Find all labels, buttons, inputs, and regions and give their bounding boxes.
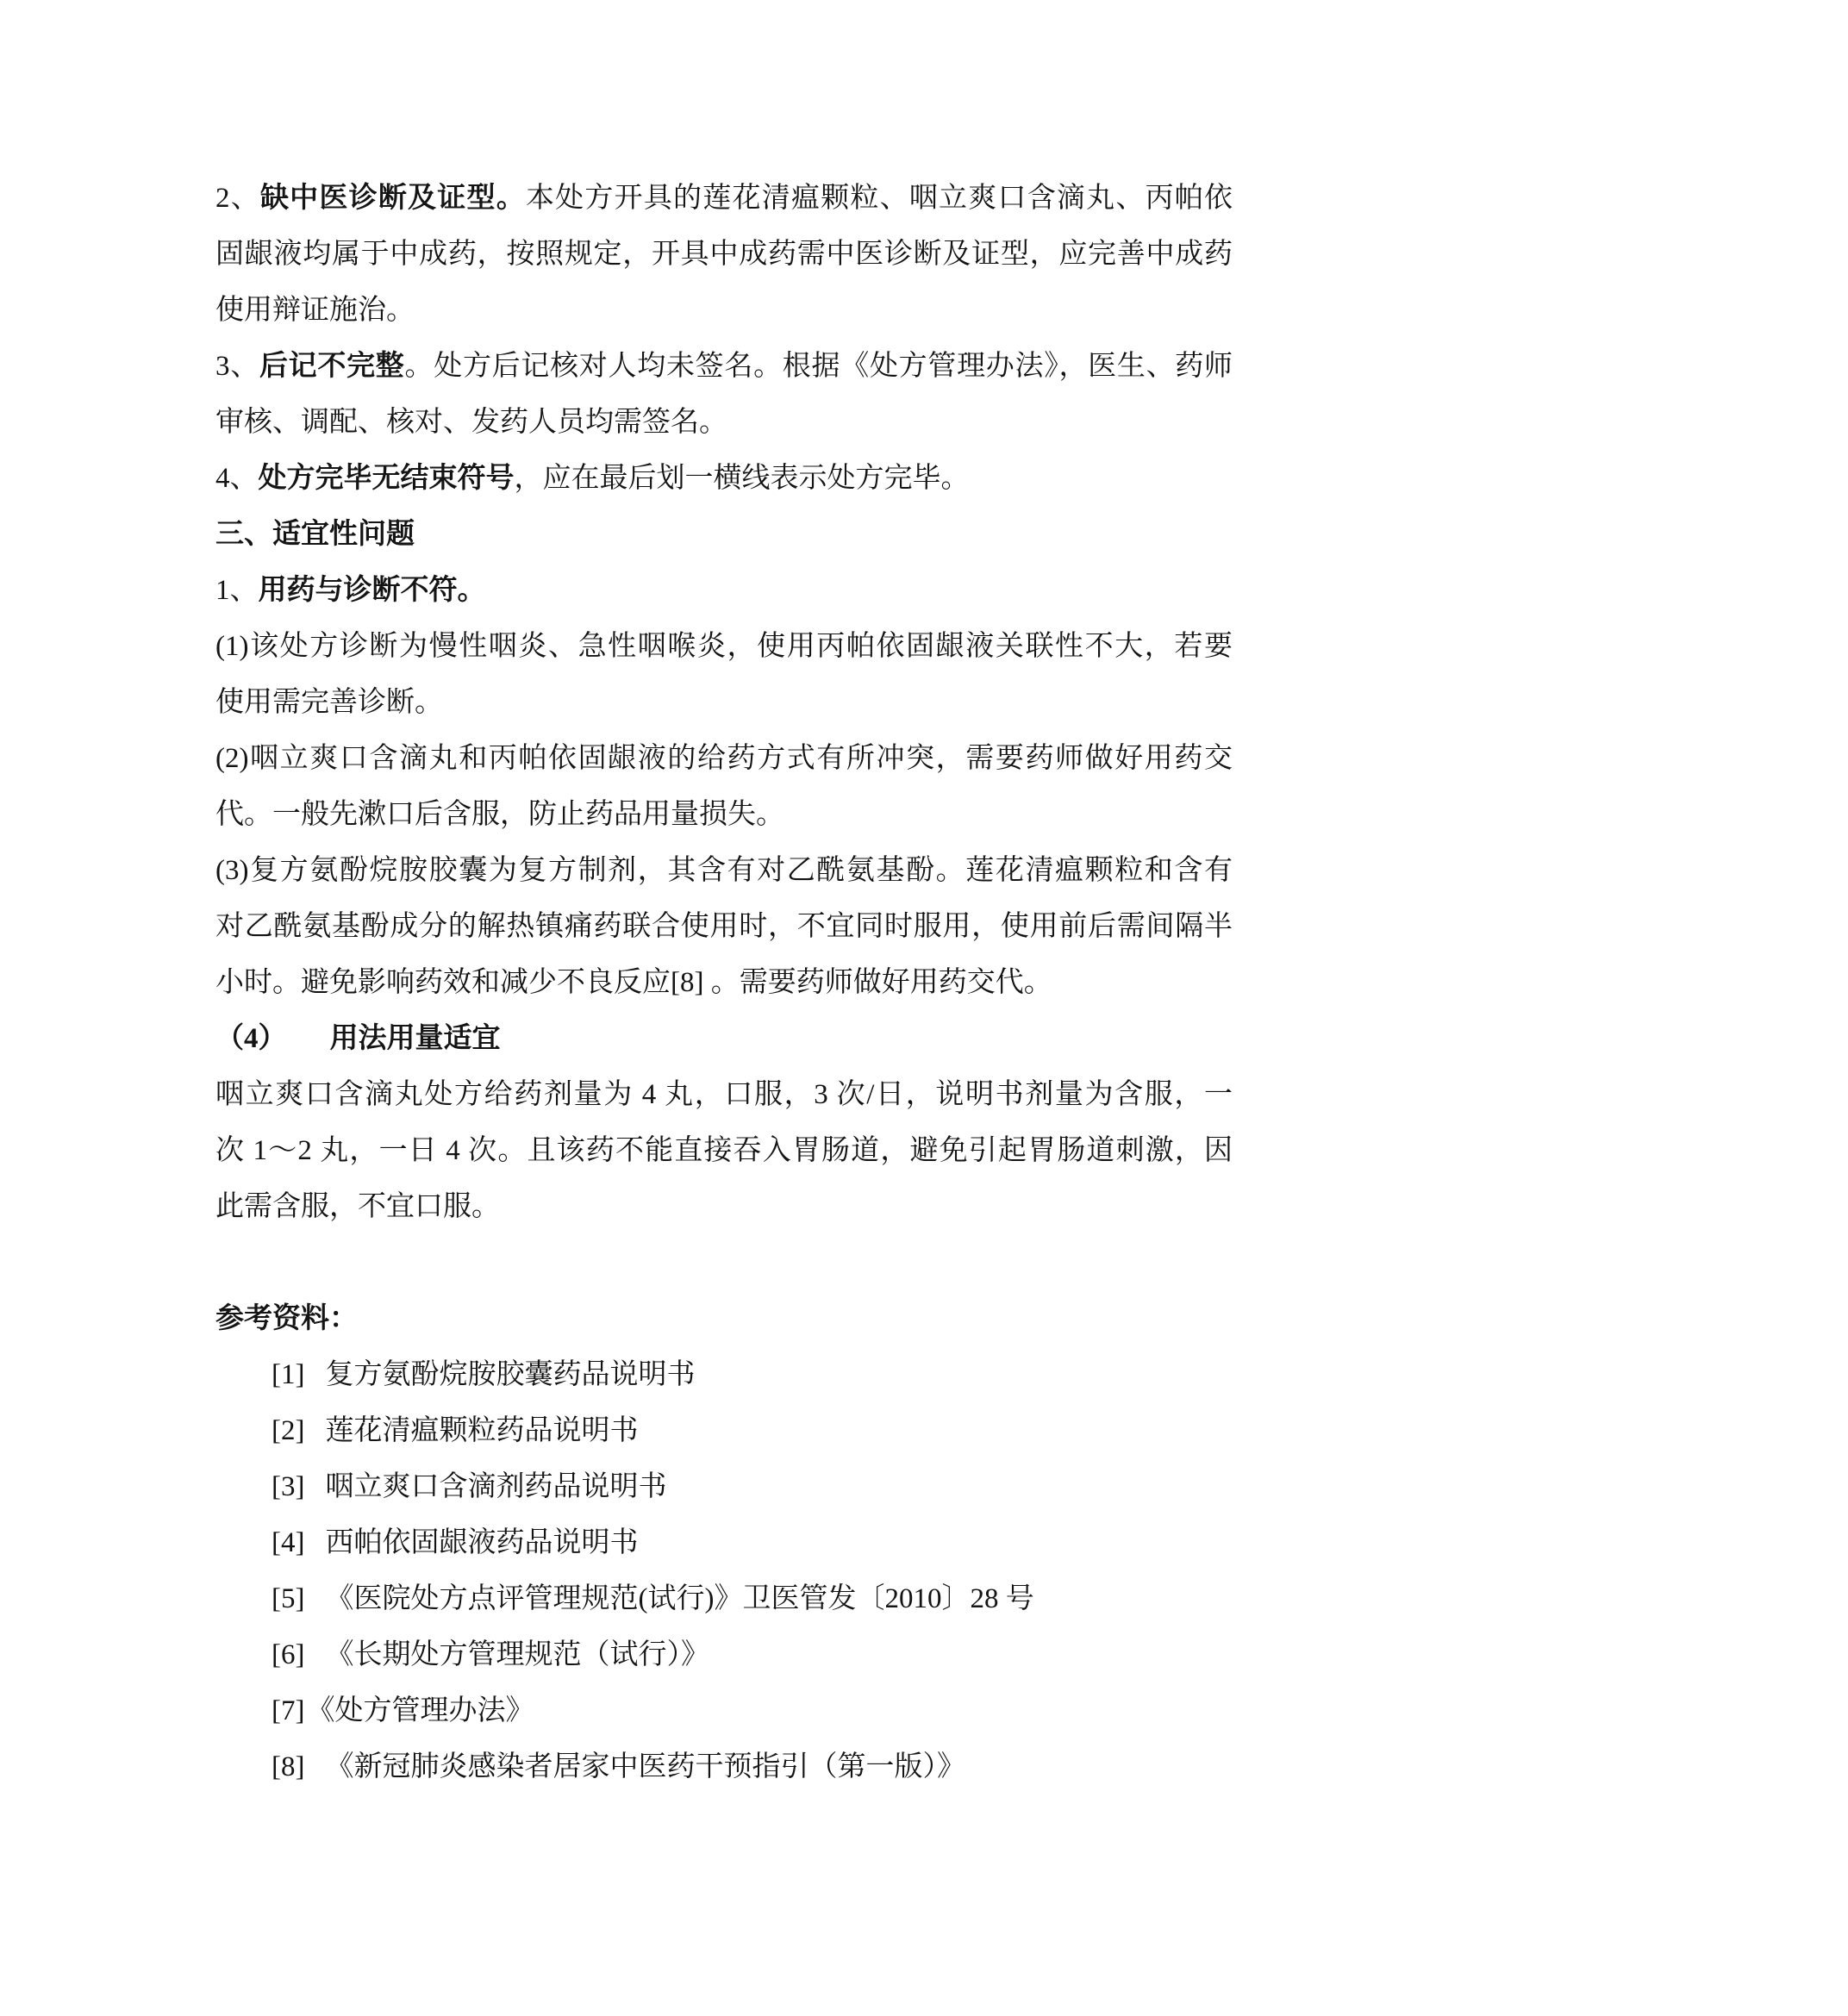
item3-title-bold: 后记不完整 [259, 351, 405, 382]
text-segment: (1)该处方诊断为慢性咽炎、急性咽喉炎，使用丙帕依固龈液关联性不大，若要 [215, 631, 1233, 662]
point1-line2: 使用需完善诊断。 [215, 675, 1233, 731]
reference-item-4: [4]西帕依固龈液药品说明书 [215, 1515, 1233, 1571]
reference-item-6: [6]《长期处方管理规范（试行）》 [215, 1627, 1233, 1683]
list-number: 3、 [215, 351, 259, 382]
subheading-drug-diagnosis-mismatch: 1、用药与诊断不符。 [215, 563, 1233, 619]
section-heading-suitability: 三、适宜性问题 [215, 507, 1233, 563]
reference-number: [8] [272, 1751, 304, 1782]
reference-text: 复方氨酚烷胺胶囊药品说明书 [325, 1359, 695, 1390]
reference-text: 莲花清瘟颗粒药品说明书 [325, 1415, 638, 1446]
reference-text: 《长期处方管理规范（试行）》 [325, 1639, 709, 1670]
reference-number: [3] [272, 1471, 304, 1502]
dosage-line2: 次 1～2 丸，一日 4 次。且该药不能直接吞入胃肠道，避免引起胃肠道刺激，因 [215, 1123, 1233, 1179]
reference-item-7: [7]《处方管理办法》 [215, 1683, 1233, 1739]
point2-line1: (2)咽立爽口含滴丸和丙帕依固龈液的给药方式有所冲突，需要药师做好用药交 [215, 731, 1233, 787]
text-segment: 固龈液均属于中成药，按照规定，开具中成药需中医诊断及证型，应完善中成药 [215, 239, 1233, 270]
point3-line1: (3)复方氨酚烷胺胶囊为复方制剂，其含有对乙酰氨基酚。莲花清瘟颗粒和含有 [215, 843, 1233, 899]
document-text-block: 2、缺中医诊断及证型。本处方开具的莲花清瘟颗粒、咽立爽口含滴丸、丙帕依 固龈液均… [215, 171, 1233, 1795]
subheading-dosage-appropriate: （4）用法用量适宜 [215, 1011, 1233, 1067]
reference-number: [6] [272, 1639, 304, 1670]
reference-item-2: [2]莲花清瘟颗粒药品说明书 [215, 1403, 1233, 1459]
reference-number: [5] [272, 1583, 304, 1614]
item2-line2: 固龈液均属于中成药，按照规定，开具中成药需中医诊断及证型，应完善中成药 [215, 227, 1233, 283]
point2-line2: 代。一般先漱口后含服，防止药品用量损失。 [215, 787, 1233, 843]
reference-item-1: [1]复方氨酚烷胺胶囊药品说明书 [215, 1347, 1233, 1403]
text-segment: 此需含服，不宜口服。 [215, 1191, 500, 1222]
dosage-line3: 此需含服，不宜口服。 [215, 1179, 1233, 1235]
reference-number: [1] [272, 1359, 304, 1390]
reference-number: [4] [272, 1527, 304, 1558]
references-heading: 参考资料： [215, 1291, 1233, 1347]
reference-number: [2] [272, 1415, 304, 1446]
reference-text: 《医院处方点评管理规范(试行)》卫医管发〔2010〕28 号 [325, 1583, 1033, 1614]
section-heading-text: 三、适宜性问题 [215, 519, 415, 550]
references-heading-text: 参考资料： [215, 1303, 358, 1334]
list-number: 2、 [215, 183, 260, 214]
text-segment: 使用辩证施治。 [215, 295, 415, 326]
item2-line1: 2、缺中医诊断及证型。本处方开具的莲花清瘟颗粒、咽立爽口含滴丸、丙帕依 [215, 171, 1233, 227]
reference-number: [7] [272, 1695, 304, 1726]
reference-text: 咽立爽口含滴剂药品说明书 [325, 1471, 666, 1502]
item3-line1: 3、后记不完整。处方后记核对人均未签名。根据《处方管理办法》，医生、药师 [215, 339, 1233, 395]
reference-item-8: [8]《新冠肺炎感染者居家中医药干预指引（第一版）》 [215, 1739, 1233, 1795]
text-segment: (3)复方氨酚烷胺胶囊为复方制剂，其含有对乙酰氨基酚。莲花清瘟颗粒和含有 [215, 855, 1233, 886]
text-segment: 小时。避免影响药效和减少不良反应[8] 。需要药师做好用药交代。 [215, 967, 1052, 998]
reference-text: 《处方管理办法》 [306, 1695, 534, 1726]
item4-line1: 4、处方完毕无结束符号，应在最后划一横线表示处方完毕。 [215, 451, 1233, 507]
item2-title-bold: 缺中医诊断及证型。 [260, 183, 526, 214]
item3-line2: 审核、调配、核对、发药人员均需签名。 [215, 395, 1233, 451]
text-segment: (2)咽立爽口含滴丸和丙帕依固龈液的给药方式有所冲突，需要药师做好用药交 [215, 743, 1233, 774]
text-segment: 咽立爽口含滴丸处方给药剂量为 4 丸，口服，3 次/日，说明书剂量为含服，一 [215, 1079, 1233, 1110]
reference-item-5: [5]《医院处方点评管理规范(试行)》卫医管发〔2010〕28 号 [215, 1571, 1233, 1627]
point1-line1: (1)该处方诊断为慢性咽炎、急性咽喉炎，使用丙帕依固龈液关联性不大，若要 [215, 619, 1233, 675]
text-segment: 代。一般先漱口后含服，防止药品用量损失。 [215, 799, 784, 830]
text-segment: 对乙酰氨基酚成分的解热镇痛药联合使用时，不宜同时服用，使用前后需间隔半 [215, 911, 1233, 942]
reference-text: 《新冠肺炎感染者居家中医药干预指引（第一版）》 [325, 1751, 965, 1782]
text-segment: 使用需完善诊断。 [215, 687, 443, 718]
reference-item-3: [3]咽立爽口含滴剂药品说明书 [215, 1459, 1233, 1515]
item2-line3: 使用辩证施治。 [215, 283, 1233, 339]
item4-title-bold: 处方完毕无结束符号 [259, 463, 515, 494]
text-segment: 本处方开具的莲花清瘟颗粒、咽立爽口含滴丸、丙帕依 [526, 183, 1233, 214]
list-number: 1、 [215, 575, 259, 606]
blank-line [215, 1235, 1233, 1291]
text-segment: 次 1～2 丸，一日 4 次。且该药不能直接吞入胃肠道，避免引起胃肠道刺激，因 [215, 1135, 1233, 1166]
text-segment: ，应在最后划一横线表示处方完毕。 [515, 463, 970, 494]
list-number: 4、 [215, 463, 259, 494]
dosage-line1: 咽立爽口含滴丸处方给药剂量为 4 丸，口服，3 次/日，说明书剂量为含服，一 [215, 1067, 1233, 1123]
reference-text: 西帕依固龈液药品说明书 [325, 1527, 638, 1558]
text-segment: 。处方后记核对人均未签名。根据《处方管理办法》，医生、药师 [405, 351, 1233, 382]
subheading-text: 用法用量适宜 [330, 1023, 501, 1054]
subheading-text: 用药与诊断不符。 [259, 575, 486, 606]
list-number: （4） [215, 1023, 287, 1054]
document-page: 2、缺中医诊断及证型。本处方开具的莲花清瘟颗粒、咽立爽口含滴丸、丙帕依 固龈液均… [0, 0, 1848, 2016]
text-segment: 审核、调配、核对、发药人员均需签名。 [215, 407, 727, 438]
point3-line2: 对乙酰氨基酚成分的解热镇痛药联合使用时，不宜同时服用，使用前后需间隔半 [215, 899, 1233, 955]
point3-line3: 小时。避免影响药效和减少不良反应[8] 。需要药师做好用药交代。 [215, 955, 1233, 1011]
